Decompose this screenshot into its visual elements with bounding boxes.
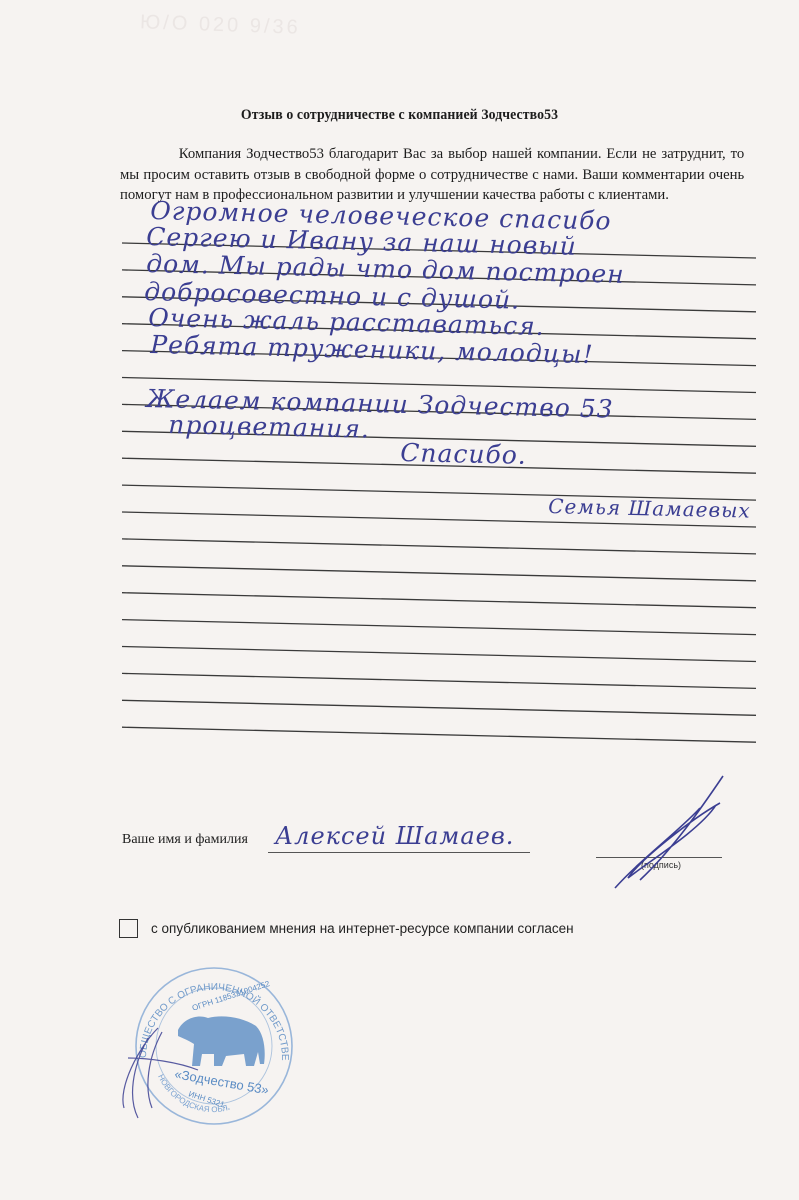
bear-logo-icon [178,1016,265,1066]
consent-checkbox[interactable] [119,919,138,938]
review-line-9: процветания. [168,410,370,444]
consent-label: с опубликованием мнения на интернет-ресу… [151,921,574,936]
ruled-line [122,539,756,554]
consent-row: с опубликованием мнения на интернет-ресу… [119,919,574,938]
stamp-company-name: «Зодчество 53» [173,1066,270,1097]
name-field-underline [268,852,530,853]
name-field-value[interactable]: Алексей Шамаев. [275,822,514,850]
ruled-line [122,593,756,608]
company-stamp: ОБЩЕСТВО С ОГРАНИЧЕННОЙ ОТВЕТСТВЕННОСТЬЮ… [118,958,304,1128]
ruled-line [122,647,756,662]
ruled-line [122,620,756,635]
signature-underline [596,857,722,858]
ruled-line [122,727,756,742]
review-line-10: Спасибо. [400,438,527,470]
ruled-line [122,566,756,581]
review-family-signature: Семья Шамаевых [548,494,751,523]
signature-caption: (подпись) [641,860,681,870]
ruled-line [122,673,756,688]
ruled-line [122,700,756,715]
name-field-label: Ваше имя и фамилия [122,832,248,848]
